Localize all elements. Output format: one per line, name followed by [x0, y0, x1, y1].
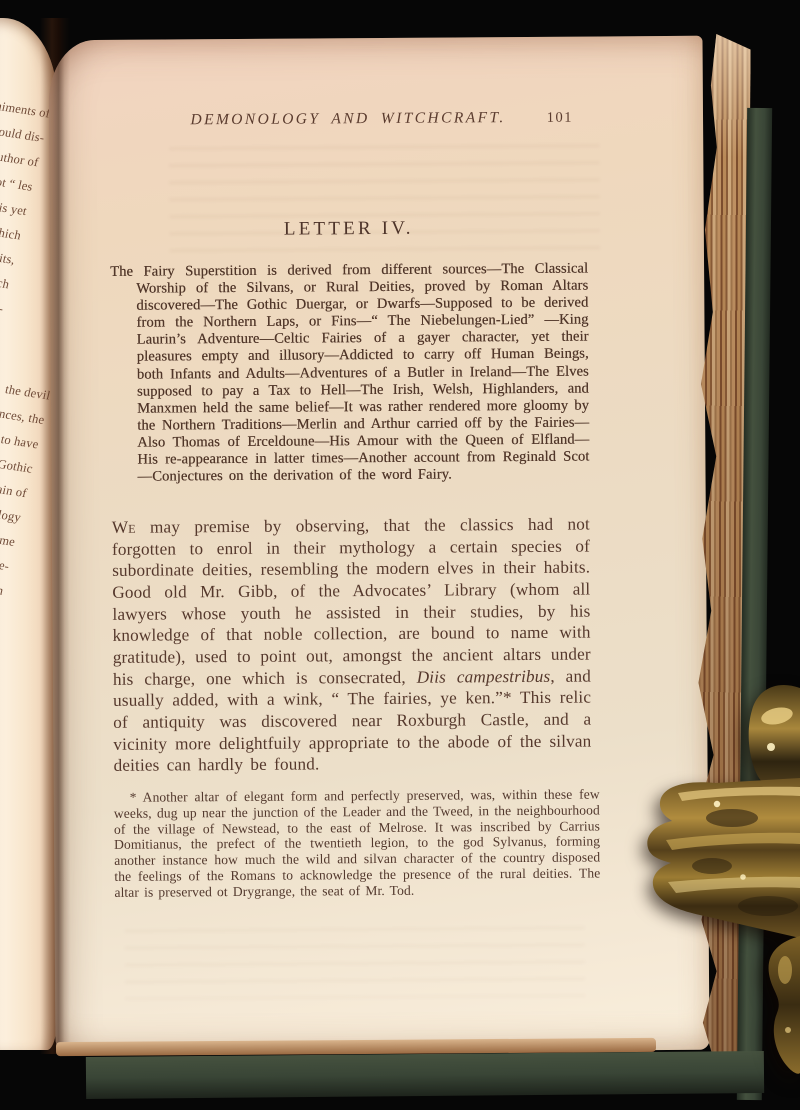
- latin-phrase: Diis campestribus: [417, 666, 551, 686]
- footnote: * Another altar of elegant form and perf…: [114, 786, 601, 900]
- book-page: DEMONOLOGY AND WITCHCRAFT. 101 LETTER IV…: [48, 36, 709, 1055]
- running-title: DEMONOLOGY AND WITCHCRAFT.: [109, 109, 587, 130]
- page-number: 101: [547, 110, 573, 127]
- clasp-knob: [749, 685, 800, 794]
- facing-page-text-column-top: niments of could dis- e author of not “ …: [0, 90, 53, 370]
- chapter-summary: The Fairy Superstition is derived from d…: [110, 261, 590, 487]
- facing-page-text-column-bottom: the devil ances, the n to have d Gothic …: [0, 372, 53, 652]
- body-paragraph: We may premise by observing, that the cl…: [112, 514, 592, 777]
- show-through-texture: [125, 927, 585, 1000]
- brass-clasp: [620, 630, 800, 1110]
- show-through-texture: [169, 144, 600, 259]
- page-header: DEMONOLOGY AND WITCHCRAFT. 101: [109, 109, 587, 136]
- lead-small-caps: We: [112, 518, 136, 537]
- body-text-part1: may premise by observing, that the class…: [112, 515, 591, 689]
- chapter-heading: LETTER IV.: [110, 217, 588, 242]
